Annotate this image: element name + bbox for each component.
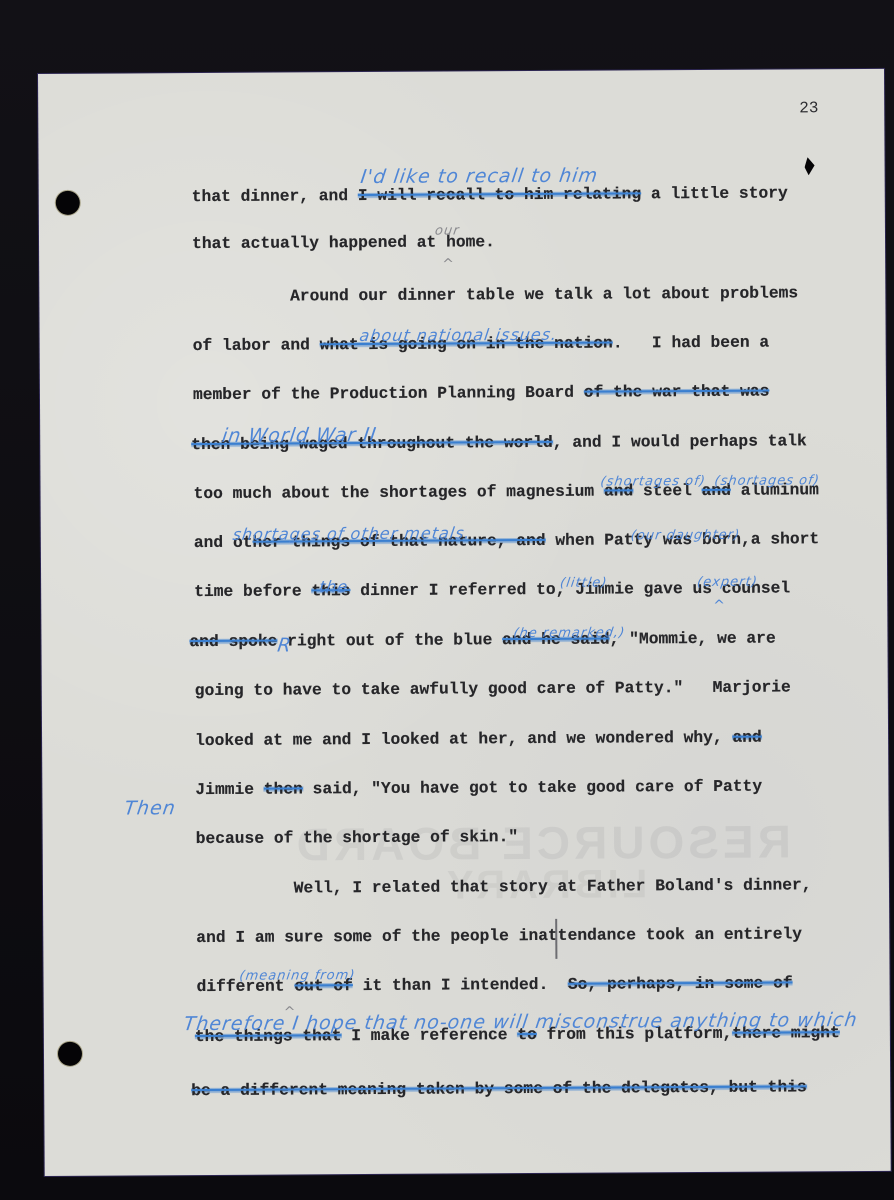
page-number: 23	[799, 99, 818, 117]
annotation-line8-insert-b: (our daughter)	[630, 528, 741, 544]
typed-text: member of the Production Planning Board	[193, 383, 584, 404]
typed-text: because of the shortage of skin."	[196, 827, 519, 848]
typed-text: that dinner, and	[192, 186, 358, 206]
typed-text: too much about the shortages of magnesiu…	[194, 482, 604, 504]
annotation-line10-remarked: (he remarked,)	[512, 625, 626, 641]
punch-hole-top	[56, 191, 80, 215]
annotation-line10-r: R	[276, 634, 293, 656]
typed-text: and I am sure some of the people inatten…	[196, 924, 802, 947]
struck-text: and	[732, 728, 761, 747]
typed-text: of labor and	[193, 335, 320, 355]
typed-line: Jimmie then said, "You have got to take …	[195, 777, 762, 800]
annotation-line7-insert-b: (shortages of)	[713, 473, 820, 489]
typed-line: looked at me and I looked at her, and we…	[195, 728, 762, 751]
punch-hole-bottom	[58, 1042, 82, 1066]
struck-text: be a different meaning taken by some of …	[191, 1077, 807, 1100]
struck-text: and spoke	[189, 632, 277, 652]
struck-text: So, perhaps, in some of	[568, 973, 793, 993]
typed-line: because of the shortage of skin."	[196, 827, 519, 849]
typed-text: , and I would perhaps talk	[553, 431, 807, 452]
annotation-line6-insert: in World War II	[221, 424, 378, 447]
typed-line: and I am sure some of the people inatten…	[196, 924, 802, 948]
typed-line: member of the Production Planning Board …	[193, 382, 770, 406]
struck-text: of the war that was	[584, 382, 770, 402]
typed-text: time before	[194, 581, 311, 601]
annotation-line8-insert-a: shortages of other metals.	[232, 523, 472, 543]
typed-text: right out of the blue	[277, 630, 502, 650]
typed-text: Well, I related that story at Father Bol…	[196, 875, 812, 898]
annotation-line7-insert-a: (shortages of)	[599, 474, 706, 490]
caret-icon: ^	[442, 256, 454, 272]
annotation-line1-insert: I'd like to recall to him	[359, 165, 599, 188]
struck-text: then	[264, 779, 303, 798]
annotation-line4-insert: about national issues.	[358, 325, 558, 345]
typed-text: . I had been a	[613, 333, 769, 353]
typed-text: Around our dinner table we talk a lot ab…	[192, 283, 798, 306]
typed-text: said, "You have got to take good care of…	[303, 777, 762, 799]
typed-text: , "Mommie, we are	[610, 629, 776, 649]
annotation-line9-little: (little)	[559, 576, 608, 591]
annotation-line9-the: the	[318, 577, 350, 596]
typed-text: a little story	[641, 183, 788, 203]
tear-hole	[805, 157, 815, 175]
typed-text: going to have to take awfully good care …	[195, 677, 791, 700]
pencil-mark	[555, 919, 557, 959]
caret-icon: ^	[713, 598, 725, 614]
annotation-line17-insert: (meaning from)	[239, 968, 357, 984]
typewritten-page: 23 RESOURCE BOARD LIBRARY that dinner, a…	[38, 69, 891, 1176]
typed-line: Well, I related that story at Father Bol…	[196, 875, 812, 899]
annotation-line18-insert: Therefore I hope that no-one will miscon…	[182, 1009, 859, 1035]
typed-line: going to have to take awfully good care …	[195, 677, 791, 701]
typed-text: it than I intended.	[353, 975, 568, 995]
annotation-line13-margin: Then	[123, 797, 177, 819]
annotation-line2-insert: our	[434, 223, 461, 238]
typed-line: Around our dinner table we talk a lot ab…	[192, 283, 798, 307]
typed-text: Jimmie	[195, 780, 264, 799]
typed-text: looked at me and I looked at her, and we…	[195, 728, 732, 750]
typed-line: be a different meaning taken by some of …	[191, 1077, 807, 1101]
annotation-line9-expert: (expert)	[696, 575, 759, 590]
